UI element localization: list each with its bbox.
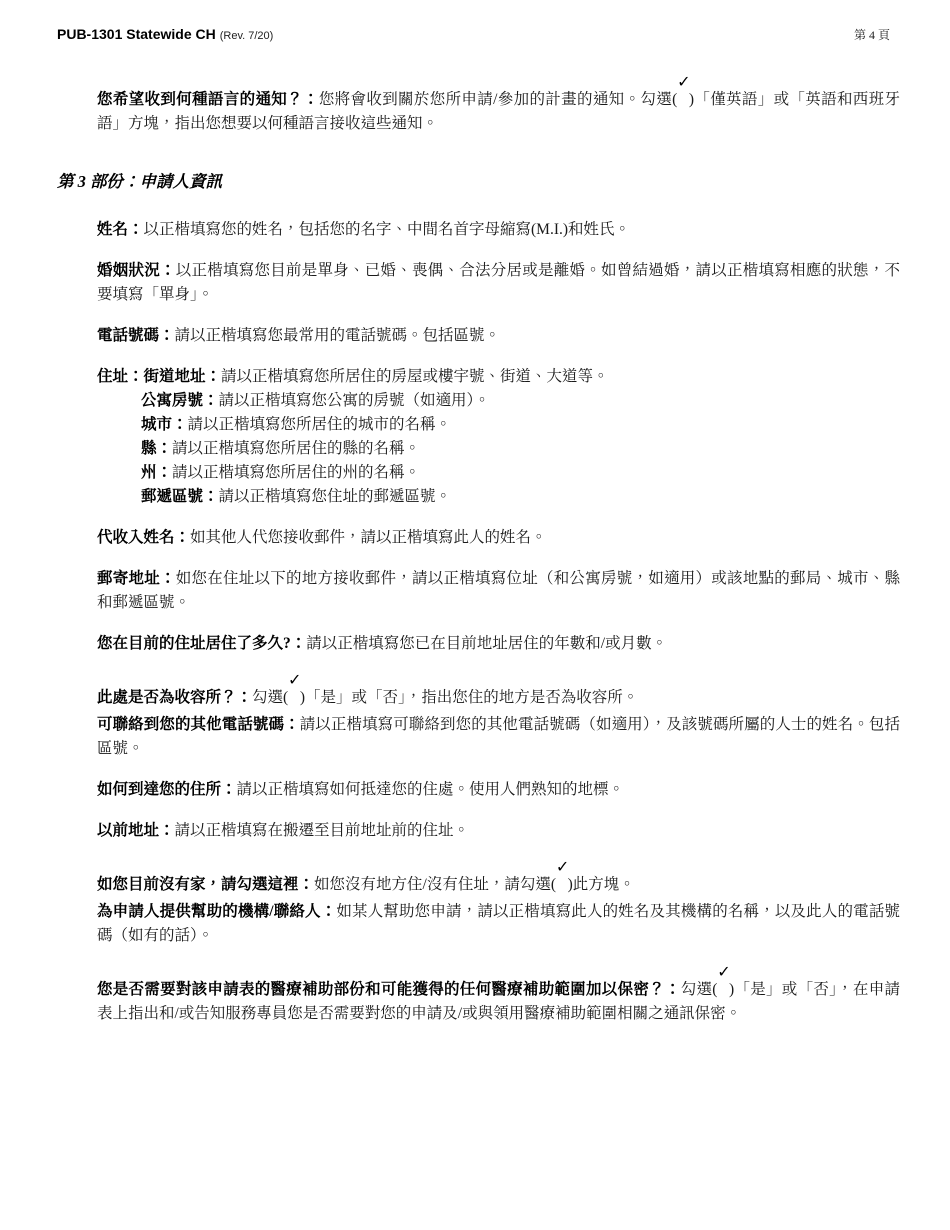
paragraph-text: 勾選	[252, 689, 283, 706]
paragraph-text: 請以正楷填寫您所居住的房屋或樓宇號、街道、大道等。	[221, 368, 609, 385]
paragraph-text: 請以正楷填寫您住址的郵遞區號。	[219, 488, 452, 505]
paragraph: 州：請以正楷填寫您所居住的州的名稱。	[97, 461, 900, 485]
paragraph: 住址：街道地址：請以正楷填寫您所居住的房屋或樓宇號、街道、大道等。	[97, 365, 900, 389]
paragraph: 公寓房號：請以正楷填寫您公寓的房號（如適用）。	[97, 389, 900, 413]
paragraph-label: 此處是否為收容所？：	[97, 689, 252, 706]
paragraph-text: 請以正楷填寫如何抵達您的住處。使用人們熟知的地標。	[237, 781, 625, 798]
paragraph: 此處是否為收容所？：勾選( )✓「是」或「否」，指出您住的地方是否為收容所。	[97, 686, 900, 710]
paragraph: 郵遞區號：請以正楷填寫您住址的郵遞區號。	[97, 485, 900, 509]
paragraph: 如您目前沒有家，請勾選這裡：如您沒有地方住/沒有住址，請勾選( )✓此方塊。	[97, 873, 900, 897]
paragraph-text: 「是」或「否」，指出您住的地方是否為收容所。	[305, 689, 638, 706]
checkbox-parens: ( )✓	[551, 873, 573, 897]
paragraph-label: 為申請人提供幫助的機構/聯絡人：	[97, 903, 336, 920]
paragraph-label: 您是否需要對該申請表的醫療補助部份和可能獲得的任何醫療補助範圍加以保密？：	[97, 981, 681, 998]
paragraph-label: 以前地址：	[97, 822, 175, 839]
paragraph-text: 如其他人代您接收郵件，請以正楷填寫此人的姓名。	[190, 529, 547, 546]
paragraph-text: 以正楷填寫您目前是單身、已婚、喪偶、合法分居或是離婚。如曾結過婚，請以正楷填寫相…	[97, 262, 900, 303]
paragraph-text: 請以正楷填寫您所居住的縣的名稱。	[172, 440, 420, 457]
checkmark-icon: ✓	[717, 964, 730, 980]
paragraph-text: 如您在住址以下的地方接收郵件，請以正楷填寫位址（和公寓房號，如適用）或該地點的郵…	[97, 570, 900, 611]
paragraph-label: 姓名：	[97, 221, 144, 238]
page-number: 第 4 頁	[854, 26, 890, 43]
paragraph-label: 如何到達您的住所：	[97, 781, 237, 798]
paragraph: 電話號碼：請以正楷填寫您最常用的電話號碼。包括區號。	[97, 324, 900, 348]
document-revision: (Rev. 7/20)	[220, 30, 274, 42]
paragraph-label: 公寓房號：	[141, 392, 219, 409]
paragraph-text: 請以正楷填寫在搬遷至目前地址前的住址。	[175, 822, 470, 839]
page-header: PUB-1301 Statewide CH (Rev. 7/20) 第 4 頁	[0, 0, 950, 44]
paragraph-label: 可聯絡到您的其他電話號碼：	[97, 716, 300, 733]
checkbox-parens: ( )✓	[672, 88, 694, 112]
paragraph-text: 請以正楷填寫您已在目前地址居住的年數和/或月數。	[306, 635, 667, 652]
paragraph-text: 此方塊。	[573, 876, 635, 893]
paragraph-text: 勾選	[681, 981, 713, 998]
paragraph-text: 以正楷填寫您的姓名，包括您的名字、中間名首字母縮寫(M.I.)和姓氏。	[144, 221, 631, 238]
paragraph: 為申請人提供幫助的機構/聯絡人：如某人幫助您申請，請以正楷填寫此人的姓名及其機構…	[97, 900, 900, 948]
paragraph-text: 請以正楷填寫您公寓的房號（如適用）。	[219, 392, 490, 409]
paragraph-label: 如您目前沒有家，請勾選這裡：	[97, 876, 314, 893]
paragraph-text: 您將會收到關於您所申請/參加的計畫的通知。勾選	[319, 91, 672, 108]
header-left: PUB-1301 Statewide CH (Rev. 7/20)	[57, 26, 273, 44]
paragraph-text: 請以正楷填寫您最常用的電話號碼。包括區號。	[175, 327, 501, 344]
paragraph: 代收入姓名：如其他人代您接收郵件，請以正楷填寫此人的姓名。	[97, 526, 900, 550]
paragraph-label: 您希望收到何種語言的通知？：	[97, 91, 319, 108]
paragraph-label: 婚姻狀況：	[97, 262, 176, 279]
document-body: 您希望收到何種語言的通知？：您將會收到關於您所申請/參加的計畫的通知。勾選( )…	[0, 44, 950, 1086]
paragraph: 郵寄地址：如您在住址以下的地方接收郵件，請以正楷填寫位址（和公寓房號，如適用）或…	[97, 567, 900, 615]
checkbox-parens: ( )✓	[712, 978, 734, 1002]
paragraph-label: 電話號碼：	[97, 327, 175, 344]
checkmark-icon: ✓	[288, 672, 301, 688]
paragraph-label: 您在目前的住址居住了多久?：	[97, 635, 306, 652]
paragraph: 您在目前的住址居住了多久?：請以正楷填寫您已在目前地址居住的年數和/或月數。	[97, 632, 900, 656]
document-id: PUB-1301 Statewide CH	[57, 26, 216, 42]
paragraph-text: 如您沒有地方住/沒有住址，請勾選	[314, 876, 551, 893]
paragraph: 姓名：以正楷填寫您的姓名，包括您的名字、中間名首字母縮寫(M.I.)和姓氏。	[97, 218, 900, 242]
checkmark-icon: ✓	[677, 74, 690, 90]
paragraph-text: 請以正楷填寫您所居住的州的名稱。	[172, 464, 420, 481]
paragraph: 城市：請以正楷填寫您所居住的城市的名稱。	[97, 413, 900, 437]
paragraph-label: 城市：	[141, 416, 188, 433]
paragraph-label: 縣：	[141, 440, 172, 457]
paragraph: 可聯絡到您的其他電話號碼：請以正楷填寫可聯絡到您的其他電話號碼（如適用），及該號…	[97, 713, 900, 761]
paragraph-label: 住址：街道地址：	[97, 368, 221, 385]
paragraph: 您是否需要對該申請表的醫療補助部份和可能獲得的任何醫療補助範圍加以保密？：勾選(…	[97, 978, 900, 1026]
paragraph: 婚姻狀況：以正楷填寫您目前是單身、已婚、喪偶、合法分居或是離婚。如曾結過婚，請以…	[97, 259, 900, 307]
checkbox-parens: ( )✓	[283, 686, 305, 710]
document-page: PUB-1301 Statewide CH (Rev. 7/20) 第 4 頁 …	[0, 0, 950, 1230]
paragraph: 以前地址：請以正楷填寫在搬遷至目前地址前的住址。	[97, 819, 900, 843]
paragraph: 縣：請以正楷填寫您所居住的縣的名稱。	[97, 437, 900, 461]
paragraph-label: 郵遞區號：	[141, 488, 219, 505]
paragraph-label: 代收入姓名：	[97, 529, 190, 546]
paragraph-label: 郵寄地址：	[97, 570, 176, 587]
paragraph: 如何到達您的住所：請以正楷填寫如何抵達您的住處。使用人們熟知的地標。	[97, 778, 900, 802]
paragraph-label: 州：	[141, 464, 172, 481]
section-heading: 第 3 部份：申請人資訊	[57, 168, 900, 192]
paragraph: 您希望收到何種語言的通知？：您將會收到關於您所申請/參加的計畫的通知。勾選( )…	[97, 88, 900, 136]
checkmark-icon: ✓	[556, 859, 569, 875]
paragraph-text: 請以正楷填寫您所居住的城市的名稱。	[188, 416, 452, 433]
